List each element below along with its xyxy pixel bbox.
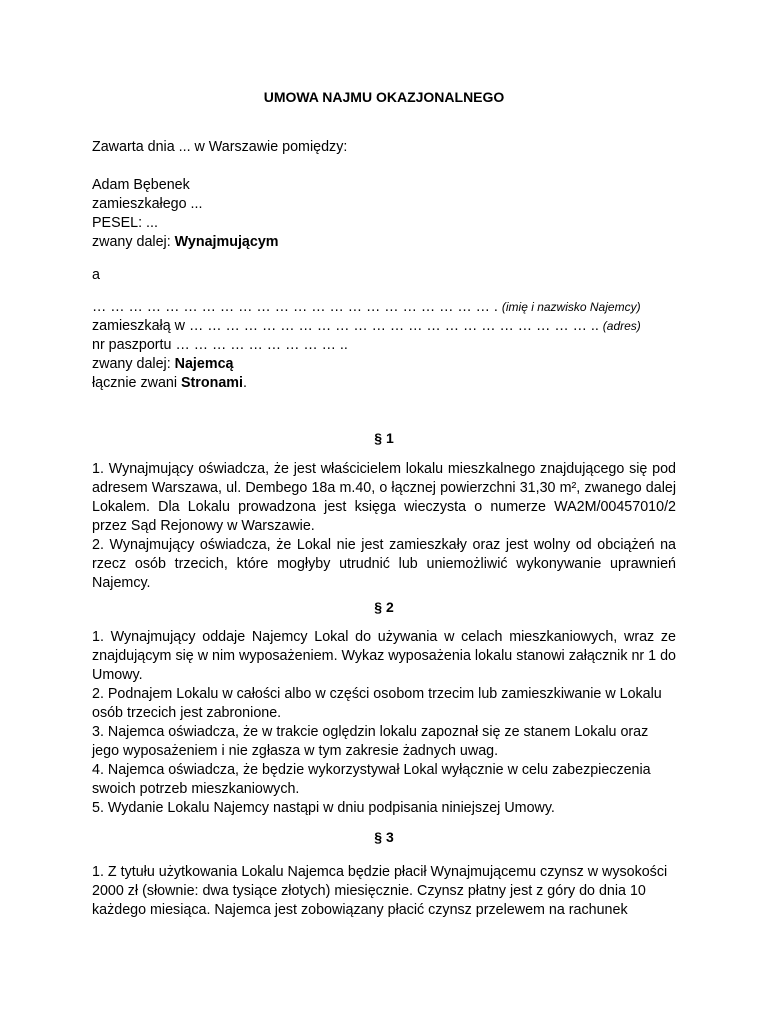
- tenant-alias: Najemcą: [175, 356, 234, 372]
- section-1-paragraph-1: 1. Wynajmujący oświadcza, że jest właści…: [92, 460, 676, 536]
- landlord-pesel: PESEL: ...: [92, 214, 676, 233]
- section-3-paragraph-1: 1. Z tytułu użytkowania Lokalu Najemca b…: [92, 863, 676, 920]
- section-2-paragraph-3: 3. Najemca oświadcza, że w trakcie oględ…: [92, 723, 676, 761]
- tenant-passport-prefix: nr paszportu: [92, 337, 175, 353]
- parties-jointly-suffix: .: [243, 375, 247, 391]
- landlord-alias-line: zwany dalej: Wynajmującym: [92, 233, 676, 252]
- section-3-body: 1. Z tytułu użytkowania Lokalu Najemca b…: [92, 863, 676, 920]
- section-2-paragraph-4: 4. Najemca oświadcza, że będzie wykorzys…: [92, 761, 676, 799]
- tenant-name-dots: … … … … … … … … … … … … … … … … … … … … …: [92, 299, 498, 315]
- intro-line: Zawarta dnia ... w Warszawie pomiędzy:: [92, 138, 676, 157]
- tenant-passport-dots: … … … … … … … … … ..: [175, 337, 347, 353]
- tenant-name-hint: (imię i nazwisko Najemcy): [502, 300, 641, 314]
- conjunction-line: a: [92, 266, 676, 285]
- section-1: § 1 1. Wynajmujący oświadcza, że jest wł…: [92, 429, 676, 593]
- section-2-paragraph-1: 1. Wynajmujący oddaje Najemcy Lokal do u…: [92, 628, 676, 685]
- parties-jointly-prefix: łącznie zwani: [92, 375, 181, 391]
- tenant-block: … … … … … … … … … … … … … … … … … … … … …: [92, 298, 676, 393]
- section-3-heading: § 3: [92, 828, 676, 847]
- landlord-alias-prefix: zwany dalej:: [92, 234, 175, 250]
- section-2-heading: § 2: [92, 598, 676, 617]
- section-1-body: 1. Wynajmujący oświadcza, że jest właści…: [92, 460, 676, 593]
- tenant-name-line: … … … … … … … … … … … … … … … … … … … … …: [92, 298, 676, 317]
- tenant-passport-line: nr paszportu … … … … … … … … … ..: [92, 336, 676, 355]
- tenant-residence-prefix: zamieszkałą w: [92, 318, 189, 334]
- document-title: UMOWA NAJMU OKAZJONALNEGO: [92, 88, 676, 107]
- landlord-residence: zamieszkałego ...: [92, 195, 676, 214]
- tenant-residence-line: zamieszkałą w … … … … … … … … … … … … … …: [92, 317, 676, 336]
- tenant-residence-hint: (adres): [603, 319, 641, 333]
- contract-page: UMOWA NAJMU OKAZJONALNEGO Zawarta dnia .…: [0, 0, 768, 1024]
- landlord-name: Adam Bębenek: [92, 176, 676, 195]
- section-1-paragraph-2: 2. Wynajmujący oświadcza, że Lokal nie j…: [92, 536, 676, 593]
- landlord-alias: Wynajmującym: [175, 234, 279, 250]
- landlord-block: Adam Bębenek zamieszkałego ... PESEL: ..…: [92, 176, 676, 252]
- parties-jointly: Stronami: [181, 375, 243, 391]
- section-2: § 2 1. Wynajmujący oddaje Najemcy Lokal …: [92, 598, 676, 818]
- tenant-alias-prefix: zwany dalej:: [92, 356, 175, 372]
- section-2-paragraph-5: 5. Wydanie Lokalu Najemcy nastąpi w dniu…: [92, 799, 676, 818]
- tenant-residence-dots: … … … … … … … … … … … … … … … … … … … … …: [189, 318, 599, 334]
- section-2-body: 1. Wynajmujący oddaje Najemcy Lokal do u…: [92, 628, 676, 818]
- tenant-alias-line: zwany dalej: Najemcą: [92, 355, 676, 374]
- section-2-paragraph-2: 2. Podnajem Lokalu w całości albo w częś…: [92, 685, 676, 723]
- section-3: § 3 1. Z tytułu użytkowania Lokalu Najem…: [92, 828, 676, 920]
- section-1-heading: § 1: [92, 429, 676, 448]
- parties-jointly-line: łącznie zwani Stronami.: [92, 374, 676, 393]
